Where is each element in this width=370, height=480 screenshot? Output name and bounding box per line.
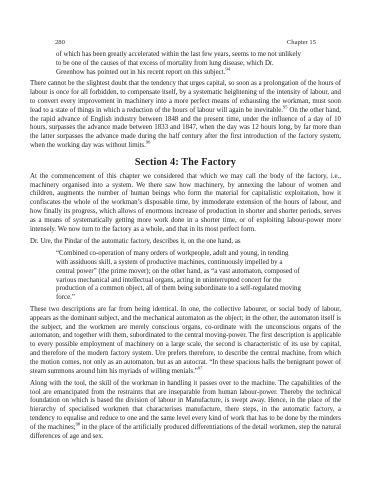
blockquote-ure: “Combined co-operation of many orders of… — [56, 250, 301, 303]
chapter-label: Chapter 15 — [287, 38, 316, 47]
paragraph-dr-ure-intro: Dr. Ure, the Pindar of the automatic fac… — [30, 238, 341, 247]
paragraph-along-tool: Along with the tool, the skill of the wo… — [30, 380, 341, 442]
footnote-ref-97: 97 — [198, 365, 203, 370]
paragraph-two-descriptions: These two descriptions are far from bein… — [30, 306, 341, 376]
footnote-ref-94: 94 — [225, 66, 230, 71]
blockquote-mortality: of which has been greatly accelerated wi… — [56, 51, 301, 77]
blockquote-text: of which has been greatly accelerated wi… — [56, 51, 301, 76]
paragraph-tendency: There cannot be the slightest doubt that… — [30, 80, 341, 150]
section-heading: Section 4: The Factory — [30, 157, 341, 168]
footnote-ref-96: 96 — [146, 140, 151, 145]
running-header: 280 Chapter 15 — [30, 38, 341, 47]
paragraph-commencement: At the commencement of this chapter we c… — [30, 173, 341, 235]
paragraph-text: These two descriptions are far from bein… — [30, 306, 341, 375]
document-page: 280 Chapter 15 of which has been greatly… — [0, 0, 370, 480]
page-number: 280 — [55, 38, 65, 47]
